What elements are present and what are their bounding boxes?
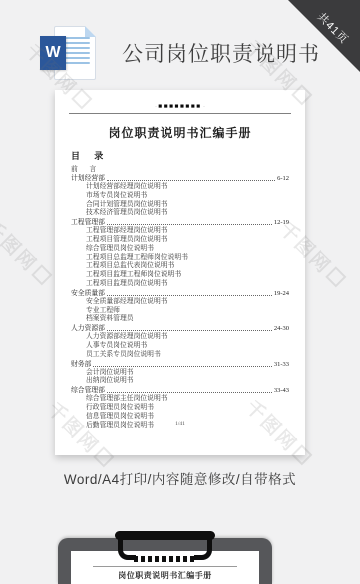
toc-heading: 目 录 [71,149,289,162]
toc-item: 工程项目管理员岗位说明书 [71,236,289,245]
toc-item: 人力资源部经理岗位说明书 [71,333,289,342]
format-caption: Word/A4打印/内容随意修改/自带格式 [0,468,360,488]
toc-item: 综合管理员岗位说明书 [71,245,289,254]
toc-item: 安全质量部经理岗位说明书 [71,298,289,307]
watermark-logo-icon [325,266,346,287]
clipboard-mockup: 岗位职责说明书汇编手册 [58,538,272,584]
toc-section-row: 计划经营部6-12 [71,174,289,183]
toc-section-name: 人力资源部 [71,324,105,333]
toc-item: 工程管理部经理岗位说明书 [71,227,289,236]
toc-preface: 前 言 [71,165,289,174]
letterhead-redacted-squares: ■■■■■■■■ [158,103,201,110]
toc-section-name: 安全质量部 [71,289,105,298]
page-fold-corner [85,26,96,37]
toc-dot-leader [107,180,275,181]
document-title: 岗位职责说明书汇编手册 [55,124,305,141]
toc-page-range: 19-24 [274,289,289,298]
toc-page-range: 12-19 [274,218,289,227]
toc-item: 工程项目监理员岗位说明书 [71,280,289,289]
toc-list: 前 言 计划经营部6-12计划经营部经理岗位说明书市场专员岗位说明书合同计划管理… [71,165,289,430]
letterhead: ·· ■■■■■■■■ ·· [55,103,305,110]
toc-section-row: 财务部31-33 [71,360,289,369]
toc-dot-leader [107,295,272,296]
toc-item: 行政管理员岗位说明书 [71,404,289,413]
toc-item: 计划经营部经理岗位说明书 [71,183,289,192]
toc-section-name: 财务部 [71,360,91,369]
toc-item: 人事专员岗位说明书 [71,342,289,351]
clipboard-clip-icon [115,531,215,565]
toc-section-row: 人力资源部24-30 [71,324,289,333]
toc-item: 员工关系专员岗位说明书 [71,351,289,360]
document-preview-page: ·· ■■■■■■■■ ·· 岗位职责说明书汇编手册 目 录 前 言 计划经营部… [55,90,305,455]
toc-item: 综合管理部主任岗位说明书 [71,395,289,404]
toc-item: 档案资料管理员 [71,315,289,324]
toc-section-row: 综合管理部33-43 [71,386,289,395]
toc-item: 出纳岗位说明书 [71,377,289,386]
toc-dot-leader [93,366,271,367]
page-number: 1/41 [55,421,305,427]
toc-page-range: 33-43 [274,386,289,395]
toc-item: 工程项目监理工程师岗位说明书 [71,271,289,280]
toc-section-row: 安全质量部19-24 [71,289,289,298]
toc-page-range: 6-12 [277,174,289,183]
toc-dot-leader [107,330,272,331]
letterhead-suffix: ·· [203,103,206,110]
toc-section-name: 综合管理部 [71,386,105,395]
toc-page-range: 24-30 [274,324,289,333]
toc-item: 市场专员岗位说明书 [71,192,289,201]
toc-dot-leader [107,392,272,393]
toc-item: 技术经济管理员岗位说明书 [71,209,289,218]
toc-section-row: 工程管理部12-19 [71,218,289,227]
toc-section-name: 工程管理部 [71,218,105,227]
clipboard-doc-title: 岗位职责说明书汇编手册 [71,570,259,581]
watermark-logo-icon [31,264,52,285]
word-logo-letter: W [40,36,66,70]
toc-page-range: 31-33 [274,360,289,369]
toc-section-name: 计划经营部 [71,174,105,183]
word-file-icon: W [40,26,96,80]
watermark: 千图网 [0,213,57,289]
clipboard-paper-rule [93,566,237,567]
toc-dot-leader [107,224,272,225]
table-of-contents: 目 录 前 言 计划经营部6-12计划经营部经理岗位说明书市场专员岗位说明书合同… [71,149,289,430]
letterhead-rule [69,113,291,114]
letterhead-prefix: ·· [155,103,158,110]
toc-item: 工程项目总监代表岗位说明书 [71,262,289,271]
